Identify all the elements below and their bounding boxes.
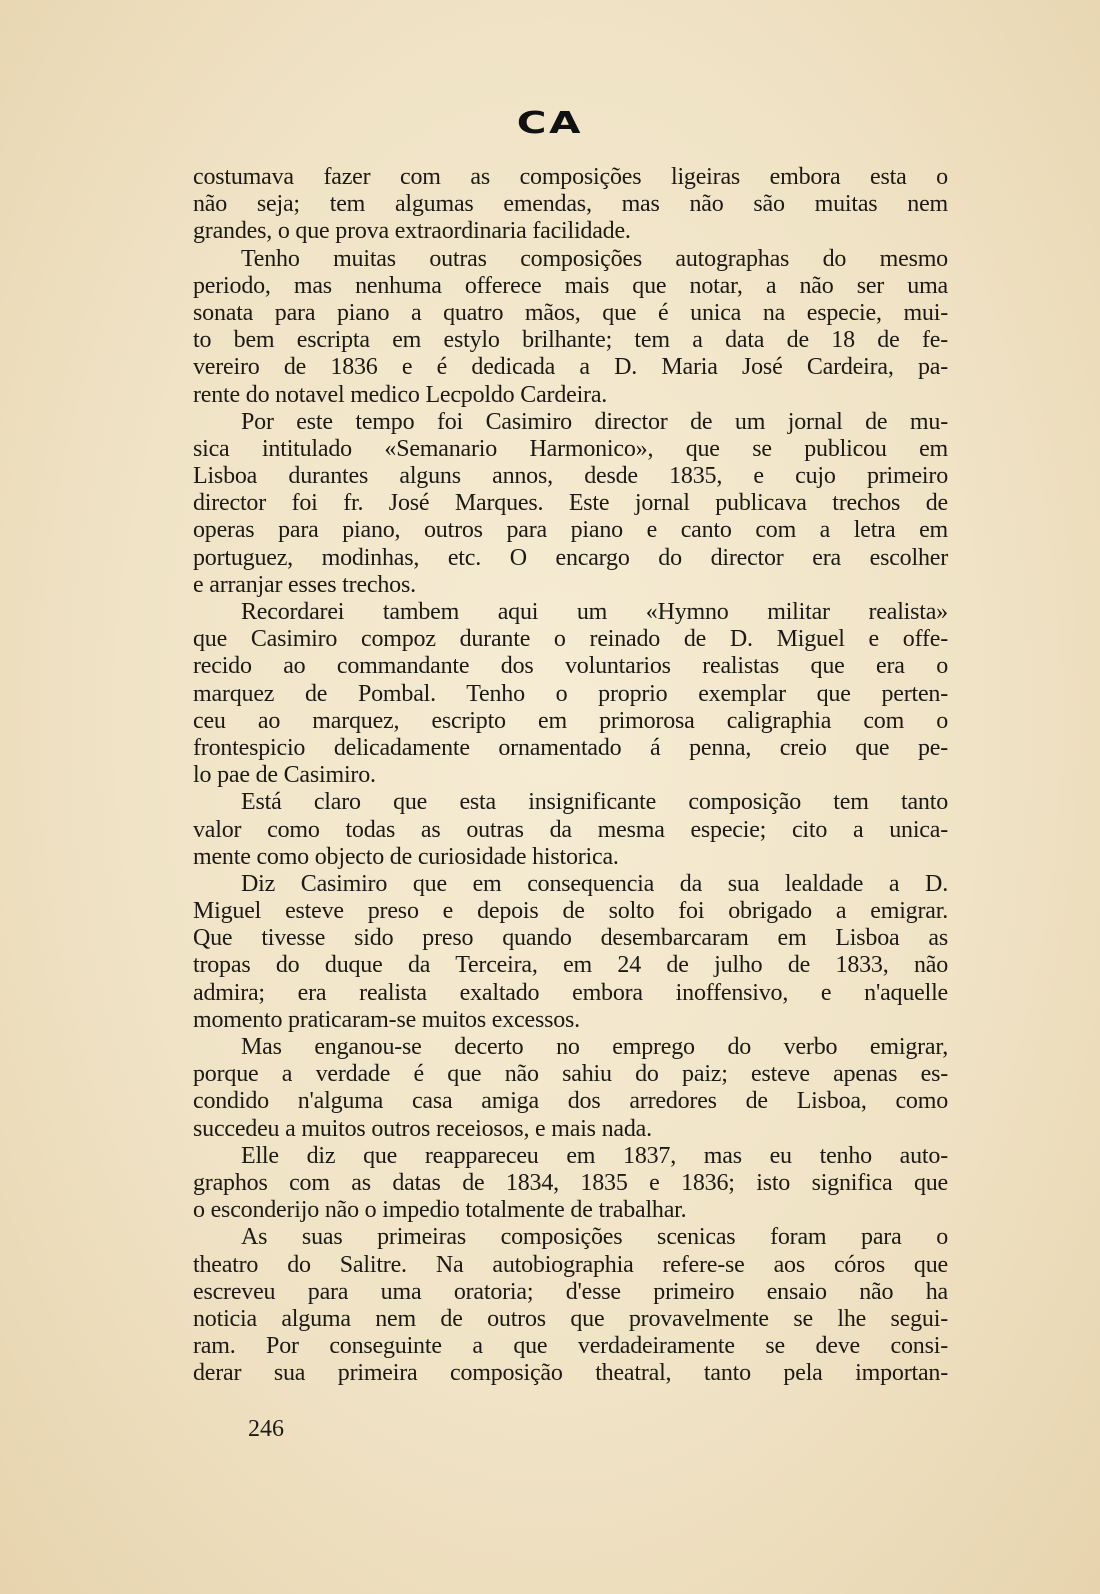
book-page: CA costumava fazer com as composições li… (0, 0, 1100, 1594)
paragraph-3: Por este tempo foi Casimiro director de … (193, 409, 948, 599)
text-line: frontespicio delicadamente ornamentado á… (193, 735, 948, 762)
paragraph-8: Elle diz que reappareceu em 1837, mas eu… (193, 1143, 948, 1225)
paragraph-1: costumava fazer com as composições ligei… (193, 164, 948, 246)
text-line: vereiro de 1836 e é dedicada a D. Maria … (193, 354, 948, 381)
paragraph-4: Recordarei tambem aqui um «Hymno militar… (193, 599, 948, 789)
text-line: Tenho muitas outras composições autograp… (193, 246, 948, 273)
text-line: sonata para piano a quatro mãos, que é u… (193, 300, 948, 327)
text-line: Está claro que esta insignificante compo… (193, 789, 948, 816)
text-line: sica intitulado «Semanario Harmonico», q… (193, 436, 948, 463)
paragraph-2: Tenho muitas outras composições autograp… (193, 246, 948, 409)
text-line: tropas do duque da Terceira, em 24 de ju… (193, 952, 948, 979)
text-line: As suas primeiras composições scenicas f… (193, 1224, 948, 1251)
text-line: ceu ao marquez, escripto em primorosa ca… (193, 708, 948, 735)
text-line: grandes, o que prova extraordinaria faci… (193, 218, 948, 245)
text-line: valor como todas as outras da mesma espe… (193, 817, 948, 844)
text-line: recido ao commandante dos voluntarios re… (193, 653, 948, 680)
text-line: Elle diz que reappareceu em 1837, mas eu… (193, 1143, 948, 1170)
text-line: theatro do Salitre. Na autobiographia re… (193, 1252, 948, 1279)
text-line: Recordarei tambem aqui um «Hymno militar… (193, 599, 948, 626)
text-line: director foi fr. José Marques. Este jorn… (193, 490, 948, 517)
text-line: portuguez, modinhas, etc. O encargo do d… (193, 545, 948, 572)
text-line: Miguel esteve preso e depois de solto fo… (193, 898, 948, 925)
text-line: Diz Casimiro que em consequencia da sua … (193, 871, 948, 898)
text-line: graphos com as datas de 1834, 1835 e 183… (193, 1170, 948, 1197)
paragraph-7: Mas enganou-se decerto no emprego do ver… (193, 1034, 948, 1143)
text-line: lo pae de Casimiro. (193, 762, 948, 789)
text-line: marquez de Pombal. Tenho o proprio exemp… (193, 681, 948, 708)
text-line: Lisboa durantes alguns annos, desde 1835… (193, 463, 948, 490)
text-line: Que tivesse sido preso quando desembarca… (193, 925, 948, 952)
page-number: 246 (248, 1416, 284, 1443)
text-line: noticia alguma nem de outros que provave… (193, 1306, 948, 1333)
text-line: escreveu para uma oratoria; d'esse prime… (193, 1279, 948, 1306)
text-line: ram. Por conseguinte a que verdadeiramen… (193, 1333, 948, 1360)
text-line: porque a verdade é que não sahiu do paiz… (193, 1061, 948, 1088)
running-head: CA (0, 106, 1100, 141)
paragraph-6: Diz Casimiro que em consequencia da sua … (193, 871, 948, 1034)
text-line: Por este tempo foi Casimiro director de … (193, 409, 948, 436)
text-line: mente como objecto de curiosidade histor… (193, 844, 948, 871)
text-line: operas para piano, outros para piano e c… (193, 517, 948, 544)
text-line: o esconderijo não o impedio totalmente d… (193, 1197, 948, 1224)
text-line: succedeu a muitos outros receiosos, e ma… (193, 1116, 948, 1143)
paragraph-9: As suas primeiras composições scenicas f… (193, 1224, 948, 1387)
text-line: e arranjar esses trechos. (193, 572, 948, 599)
paragraph-5: Está claro que esta insignificante compo… (193, 789, 948, 871)
text-line: to bem escripta em estylo brilhante; tem… (193, 327, 948, 354)
text-line: admira; era realista exaltado embora ino… (193, 980, 948, 1007)
text-line: condido n'alguma casa amiga dos arredore… (193, 1088, 948, 1115)
text-line: que Casimiro compoz durante o reinado de… (193, 626, 948, 653)
text-line: não seja; tem algumas emendas, mas não s… (193, 191, 948, 218)
body-text: costumava fazer com as composições ligei… (193, 164, 948, 1387)
text-line: momento praticaram-se muitos excessos. (193, 1007, 948, 1034)
text-line: rente do notavel medico Lecpoldo Cardeir… (193, 382, 948, 409)
text-line: costumava fazer com as composições ligei… (193, 164, 948, 191)
text-line: Mas enganou-se decerto no emprego do ver… (193, 1034, 948, 1061)
text-line: derar sua primeira composição theatral, … (193, 1360, 948, 1387)
text-line: periodo, mas nenhuma offerece mais que n… (193, 273, 948, 300)
